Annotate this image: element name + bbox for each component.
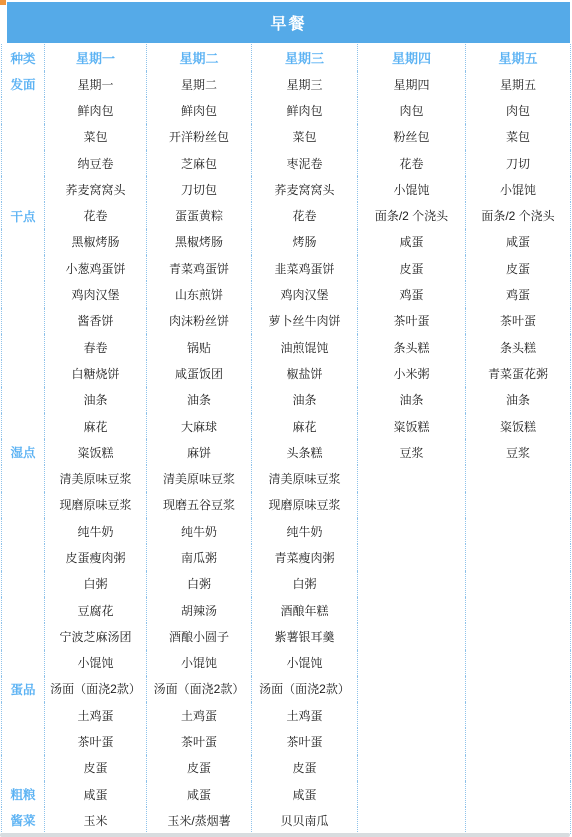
menu-cell	[357, 571, 465, 597]
menu-cell: 小米粥	[357, 360, 465, 386]
category-cell-empty	[1, 571, 44, 597]
menu-cell: 汤面（面浇2款）	[44, 676, 146, 702]
menu-cell	[465, 702, 571, 728]
menu-cell	[357, 518, 465, 544]
menu-cell: 黑椒烤肠	[44, 229, 146, 255]
category-column-header: 种类	[1, 44, 44, 71]
menu-cell: 茶叶蛋	[357, 308, 465, 334]
menu-cell	[465, 728, 571, 754]
menu-cell: 茶叶蛋	[251, 728, 357, 754]
menu-cell: 青菜瘦肉粥	[251, 544, 357, 570]
menu-cell: 头条糕	[251, 439, 357, 465]
category-cell-empty	[1, 176, 44, 202]
menu-cell: 面条/2 个浇头	[357, 202, 465, 228]
category-cell-empty	[1, 413, 44, 439]
menu-cell: 鸡蛋	[357, 281, 465, 307]
menu-cell	[357, 676, 465, 702]
menu-cell: 星期三	[251, 71, 357, 97]
menu-cell: 酱香饼	[44, 308, 146, 334]
menu-cell: 皮蛋	[44, 755, 146, 781]
day-header: 星期三	[251, 44, 357, 71]
menu-cell: 清美原味豆浆	[146, 465, 251, 491]
menu-cell: 小馄饨	[146, 650, 251, 676]
category-cell-empty	[1, 755, 44, 781]
menu-cell: 芝麻包	[146, 150, 251, 176]
page-title: 早餐	[270, 11, 306, 34]
menu-cell	[357, 597, 465, 623]
menu-cell: 油条	[465, 387, 571, 413]
menu-cell: 小馄饨	[357, 176, 465, 202]
menu-cell: 小馄饨	[465, 176, 571, 202]
menu-cell: 现磨五谷豆浆	[146, 492, 251, 518]
menu-cell: 纳豆卷	[44, 150, 146, 176]
menu-cell: 紫薯银耳羹	[251, 623, 357, 649]
category-cell-empty	[1, 229, 44, 255]
category-cell-empty	[1, 281, 44, 307]
menu-cell: 白粥	[146, 571, 251, 597]
category-cell-empty	[1, 702, 44, 728]
menu-cell: 白粥	[251, 571, 357, 597]
category-cell-empty	[1, 360, 44, 386]
menu-cell: 咸蛋	[465, 229, 571, 255]
category-label: 粗粮	[1, 781, 44, 807]
menu-cell	[465, 623, 571, 649]
menu-cell: 酒酿小圆子	[146, 623, 251, 649]
category-label: 蛋品	[1, 676, 44, 702]
menu-cell: 油条	[357, 387, 465, 413]
menu-cell	[357, 728, 465, 754]
menu-cell: 鸡肉汉堡	[44, 281, 146, 307]
category-label: 发面	[1, 71, 44, 97]
menu-cell: 面条/2 个浇头	[465, 202, 571, 228]
menu-cell	[465, 544, 571, 570]
menu-cell	[465, 492, 571, 518]
menu-cell	[357, 650, 465, 676]
menu-cell: 茶叶蛋	[44, 728, 146, 754]
menu-cell: 油条	[44, 387, 146, 413]
horizontal-scrollbar[interactable]	[0, 833, 570, 837]
menu-cell: 茶叶蛋	[465, 308, 571, 334]
menu-cell: 枣泥卷	[251, 150, 357, 176]
menu-cell: 鸡肉汉堡	[251, 281, 357, 307]
menu-cell: 茶叶蛋	[146, 728, 251, 754]
menu-cell: 烤肠	[251, 229, 357, 255]
menu-cell: 小馄饨	[44, 650, 146, 676]
menu-cell	[357, 544, 465, 570]
menu-cell: 荞麦窝窝头	[251, 176, 357, 202]
menu-cell	[465, 676, 571, 702]
menu-cell: 清美原味豆浆	[44, 465, 146, 491]
category-cell-empty	[1, 465, 44, 491]
menu-cell: 黑椒烤肠	[146, 229, 251, 255]
menu-cell: 汤面（面浇2款）	[251, 676, 357, 702]
menu-cell: 椒盐饼	[251, 360, 357, 386]
category-cell-empty	[1, 124, 44, 150]
category-cell-empty	[1, 97, 44, 123]
menu-cell: 星期一	[44, 71, 146, 97]
menu-cell: 山东煎饼	[146, 281, 251, 307]
corner-mark	[0, 0, 6, 5]
menu-cell: 小葱鸡蛋饼	[44, 255, 146, 281]
menu-cell: 条头糕	[465, 334, 571, 360]
menu-cell	[357, 807, 465, 833]
menu-cell: 现磨原味豆浆	[251, 492, 357, 518]
menu-cell: 土鸡蛋	[146, 702, 251, 728]
menu-cell: 开洋粉丝包	[146, 124, 251, 150]
menu-cell	[465, 518, 571, 544]
category-cell-empty	[1, 518, 44, 544]
category-cell-empty	[1, 334, 44, 360]
menu-cell: 油条	[146, 387, 251, 413]
category-cell-empty	[1, 544, 44, 570]
menu-cell: 纯牛奶	[44, 518, 146, 544]
menu-cell	[465, 755, 571, 781]
menu-cell: 豆腐花	[44, 597, 146, 623]
menu-cell: 蛋蛋黄粽	[146, 202, 251, 228]
menu-cell: 星期二	[146, 71, 251, 97]
menu-cell: 土鸡蛋	[44, 702, 146, 728]
menu-cell	[465, 571, 571, 597]
menu-cell: 玉米/蒸烟薯	[146, 807, 251, 833]
menu-cell: 咸蛋	[44, 781, 146, 807]
menu-cell: 星期四	[357, 71, 465, 97]
menu-cell: 清美原味豆浆	[251, 465, 357, 491]
category-cell-empty	[1, 492, 44, 518]
menu-cell: 宁波芝麻汤团	[44, 623, 146, 649]
menu-cell: 贝贝南瓜	[251, 807, 357, 833]
day-header: 星期四	[357, 44, 465, 71]
category-cell-empty	[1, 255, 44, 281]
menu-cell	[357, 492, 465, 518]
menu-cell	[465, 650, 571, 676]
menu-cell: 咸蛋	[146, 781, 251, 807]
menu-cell: 刀切包	[146, 176, 251, 202]
menu-cell: 油条	[251, 387, 357, 413]
menu-cell	[465, 465, 571, 491]
menu-cell: 鸡蛋	[465, 281, 571, 307]
category-cell-empty	[1, 150, 44, 176]
menu-cell: 青菜蛋花粥	[465, 360, 571, 386]
menu-cell: 鲜肉包	[146, 97, 251, 123]
menu-cell: 粢饭糕	[357, 413, 465, 439]
menu-cell: 粉丝包	[357, 124, 465, 150]
menu-cell: 荞麦窝窝头	[44, 176, 146, 202]
menu-cell: 白糖烧饼	[44, 360, 146, 386]
menu-cell: 白粥	[44, 571, 146, 597]
menu-cell: 皮蛋	[465, 255, 571, 281]
menu-cell: 麻花	[251, 413, 357, 439]
menu-cell: 锅贴	[146, 334, 251, 360]
menu-cell: 韭菜鸡蛋饼	[251, 255, 357, 281]
menu-cell: 花卷	[44, 202, 146, 228]
menu-cell: 小馄饨	[251, 650, 357, 676]
category-cell-empty	[1, 623, 44, 649]
menu-cell	[465, 781, 571, 807]
menu-cell: 酒酿年糕	[251, 597, 357, 623]
menu-cell	[357, 623, 465, 649]
menu-cell	[357, 702, 465, 728]
menu-cell: 咸蛋饭团	[146, 360, 251, 386]
menu-cell: 土鸡蛋	[251, 702, 357, 728]
menu-cell: 粢饭糕	[44, 439, 146, 465]
menu-cell: 鲜肉包	[251, 97, 357, 123]
menu-cell: 咸蛋	[357, 229, 465, 255]
menu-cell: 花卷	[357, 150, 465, 176]
menu-cell	[465, 807, 571, 833]
menu-cell: 星期五	[465, 71, 571, 97]
menu-cell: 菜包	[465, 124, 571, 150]
menu-cell: 皮蛋	[146, 755, 251, 781]
menu-cell: 花卷	[251, 202, 357, 228]
day-header: 星期二	[146, 44, 251, 71]
day-header: 星期一	[44, 44, 146, 71]
menu-cell: 麻饼	[146, 439, 251, 465]
category-cell-empty	[1, 387, 44, 413]
category-label: 干点	[1, 202, 44, 228]
menu-cell: 现磨原味豆浆	[44, 492, 146, 518]
menu-cell: 条头糕	[357, 334, 465, 360]
menu-cell: 豆浆	[465, 439, 571, 465]
menu-cell: 汤面（面浇2款）	[146, 676, 251, 702]
menu-cell: 麻花	[44, 413, 146, 439]
category-cell-empty	[1, 597, 44, 623]
menu-cell: 玉米	[44, 807, 146, 833]
menu-cell: 肉包	[465, 97, 571, 123]
menu-cell	[357, 781, 465, 807]
menu-cell: 萝卜丝牛肉饼	[251, 308, 357, 334]
menu-cell: 油煎馄饨	[251, 334, 357, 360]
menu-cell	[357, 755, 465, 781]
menu-cell: 粢饭糕	[465, 413, 571, 439]
menu-cell: 胡辣汤	[146, 597, 251, 623]
menu-cell: 菜包	[251, 124, 357, 150]
menu-cell: 皮蛋	[251, 755, 357, 781]
menu-cell: 皮蛋瘦肉粥	[44, 544, 146, 570]
menu-cell	[465, 597, 571, 623]
category-label: 湿点	[1, 439, 44, 465]
menu-cell: 肉沫粉丝饼	[146, 308, 251, 334]
menu-cell: 春卷	[44, 334, 146, 360]
day-header: 星期五	[465, 44, 571, 71]
category-label: 酱菜	[1, 807, 44, 833]
menu-cell: 菜包	[44, 124, 146, 150]
menu-cell: 皮蛋	[357, 255, 465, 281]
category-cell-empty	[1, 308, 44, 334]
menu-cell: 鲜肉包	[44, 97, 146, 123]
category-cell-empty	[1, 650, 44, 676]
breakfast-menu-table: 种类星期一星期二星期三星期四星期五发面星期一星期二星期三星期四星期五鲜肉包鲜肉包…	[1, 44, 571, 834]
menu-cell: 大麻球	[146, 413, 251, 439]
menu-cell: 纯牛奶	[146, 518, 251, 544]
menu-cell: 青菜鸡蛋饼	[146, 255, 251, 281]
menu-cell: 刀切	[465, 150, 571, 176]
menu-cell: 南瓜粥	[146, 544, 251, 570]
menu-cell: 豆浆	[357, 439, 465, 465]
category-cell-empty	[1, 728, 44, 754]
menu-cell: 纯牛奶	[251, 518, 357, 544]
menu-cell: 肉包	[357, 97, 465, 123]
menu-cell	[357, 465, 465, 491]
title-band: 早餐	[7, 2, 570, 43]
menu-cell: 咸蛋	[251, 781, 357, 807]
